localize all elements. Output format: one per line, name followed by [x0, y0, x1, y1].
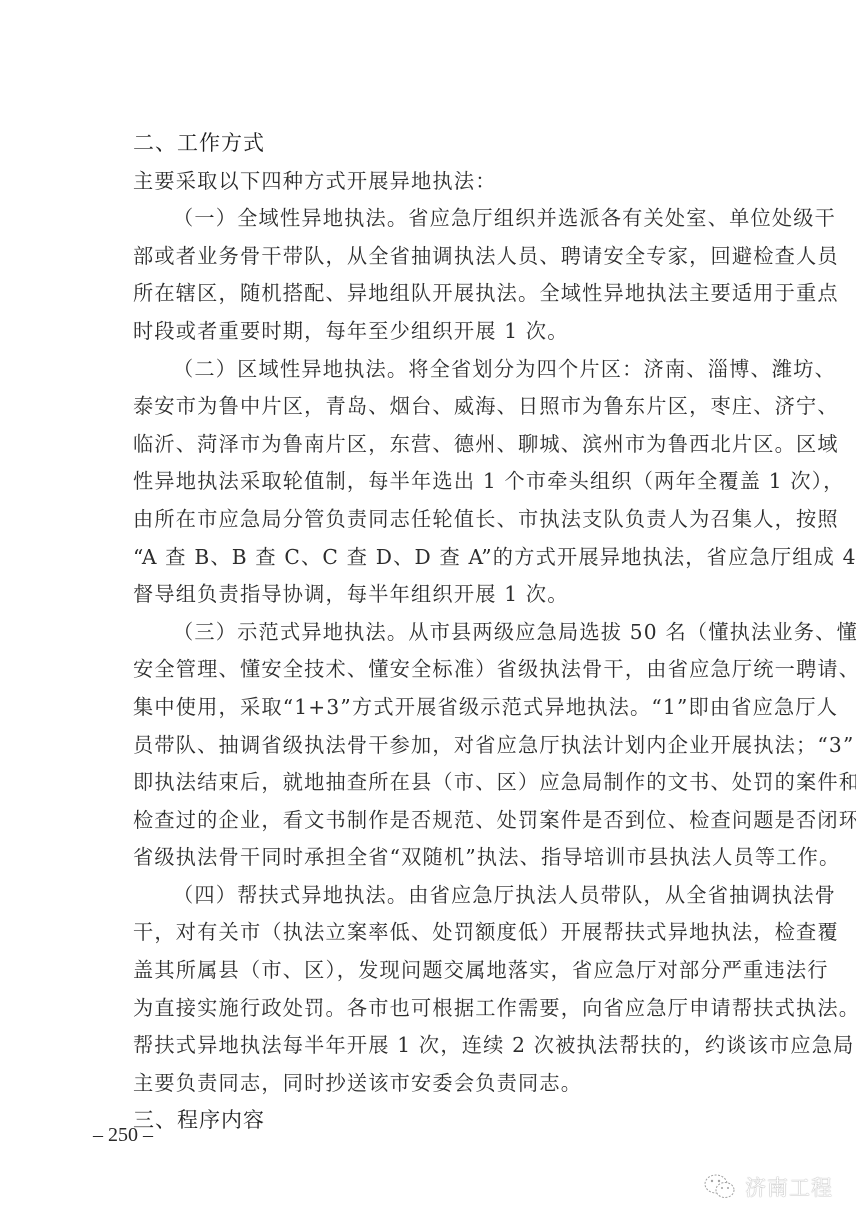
paragraph-line: 所在辖区，随机搭配、异地组队开展执法。全域性异地执法主要适用于重点: [93, 275, 769, 313]
paragraph-line: 性异地执法采取轮值制，每半年选出 1 个市牵头组织（两年全覆盖 1 次），: [93, 463, 769, 501]
paragraph-line: 员带队、抽调省级执法骨干参加，对省应急厅执法计划内企业开展执法；“3”: [93, 727, 769, 765]
paragraph-line: （四）帮扶式异地执法。由省应急厅执法人员带队，从全省抽调执法骨: [93, 877, 769, 915]
watermark-label: 济南工程: [745, 1172, 833, 1202]
section-heading-procedure-content: 三、程序内容: [93, 1102, 769, 1140]
paragraph-line: 安全管理、懂安全技术、懂安全标准）省级执法骨干，由省应急厅统一聘请、: [93, 651, 769, 689]
paragraph-line: 省级执法骨干同时承担全省“双随机”执法、指导培训市县执法人员等工作。: [93, 839, 769, 877]
paragraph-line: 时段或者重要时期，每年至少组织开展 1 次。: [93, 313, 769, 351]
paragraph-line: 即执法结束后，就地抽查所在县（市、区）应急局制作的文书、处罚的案件和: [93, 764, 769, 802]
paragraph-item-1: （一）全域性异地执法。省应急厅组织并选派各有关处室、单位处级干 部或者业务骨干带…: [93, 200, 769, 350]
paragraph-line: 泰安市为鲁中片区，青岛、烟台、威海、日照市为鲁东片区，枣庄、济宁、: [93, 388, 769, 426]
intro-paragraph: 主要采取以下四种方式开展异地执法：: [93, 163, 769, 201]
paragraph-line: 帮扶式异地执法每半年开展 1 次，连续 2 次被执法帮扶的，约谈该市应急局: [93, 1027, 769, 1065]
paragraph-line: （三）示范式异地执法。从市县两级应急局选拔 50 名（懂执法业务、懂: [93, 614, 769, 652]
paragraph-line: 临沂、菏泽市为鲁南片区，东营、德州、聊城、滨州市为鲁西北片区。区域: [93, 426, 769, 464]
section-heading-work-methods: 二、工作方式: [93, 125, 769, 163]
paragraph-item-3: （三）示范式异地执法。从市县两级应急局选拔 50 名（懂执法业务、懂 安全管理、…: [93, 614, 769, 877]
paragraph-line: 为直接实施行政处罚。各市也可根据工作需要，向省应急厅申请帮扶式执法。: [93, 990, 769, 1028]
watermark: 济南工程: [703, 1172, 833, 1202]
paragraph-item-4: （四）帮扶式异地执法。由省应急厅执法人员带队，从全省抽调执法骨 干，对有关市（执…: [93, 877, 769, 1103]
paragraph-line: 干，对有关市（执法立案率低、处罚额度低）开展帮扶式异地执法，检查覆: [93, 914, 769, 952]
paragraph-line: 由所在市应急局分管负责同志任轮值长、市执法支队负责人为召集人，按照: [93, 501, 769, 539]
paragraph-line: 盖其所属县（市、区），发现问题交属地落实，省应急厅对部分严重违法行: [93, 952, 769, 990]
paragraph-line: 部或者业务骨干带队，从全省抽调执法人员、聘请安全专家，回避检查人员: [93, 238, 769, 276]
paragraph-line: （一）全域性异地执法。省应急厅组织并选派各有关处室、单位处级干: [93, 200, 769, 238]
paragraph-line: 集中使用，采取“1+3”方式开展省级示范式异地执法。“1”即由省应急厅人: [93, 689, 769, 727]
paragraph-line: （二）区域性异地执法。将全省划分为四个片区：济南、淄博、潍坊、: [93, 351, 769, 389]
paragraph-line: 督导组负责指导协调，每半年组织开展 1 次。: [93, 576, 769, 614]
paragraph-line: “A 查 B、B 查 C、C 查 D、D 查 A”的方式开展异地执法，省应急厅组…: [93, 539, 769, 577]
paragraph-line: 检查过的企业，看文书制作是否规范、处罚案件是否到位、检查问题是否闭环。: [93, 802, 769, 840]
paragraph-line: 主要负责同志，同时抄送该市安委会负责同志。: [93, 1065, 769, 1103]
page-number: – 250 –: [93, 1124, 153, 1147]
wechat-icon: [703, 1172, 739, 1202]
paragraph-item-2: （二）区域性异地执法。将全省划分为四个片区：济南、淄博、潍坊、 泰安市为鲁中片区…: [93, 351, 769, 614]
document-page: 二、工作方式 主要采取以下四种方式开展异地执法： （一）全域性异地执法。省应急厅…: [93, 125, 769, 1140]
